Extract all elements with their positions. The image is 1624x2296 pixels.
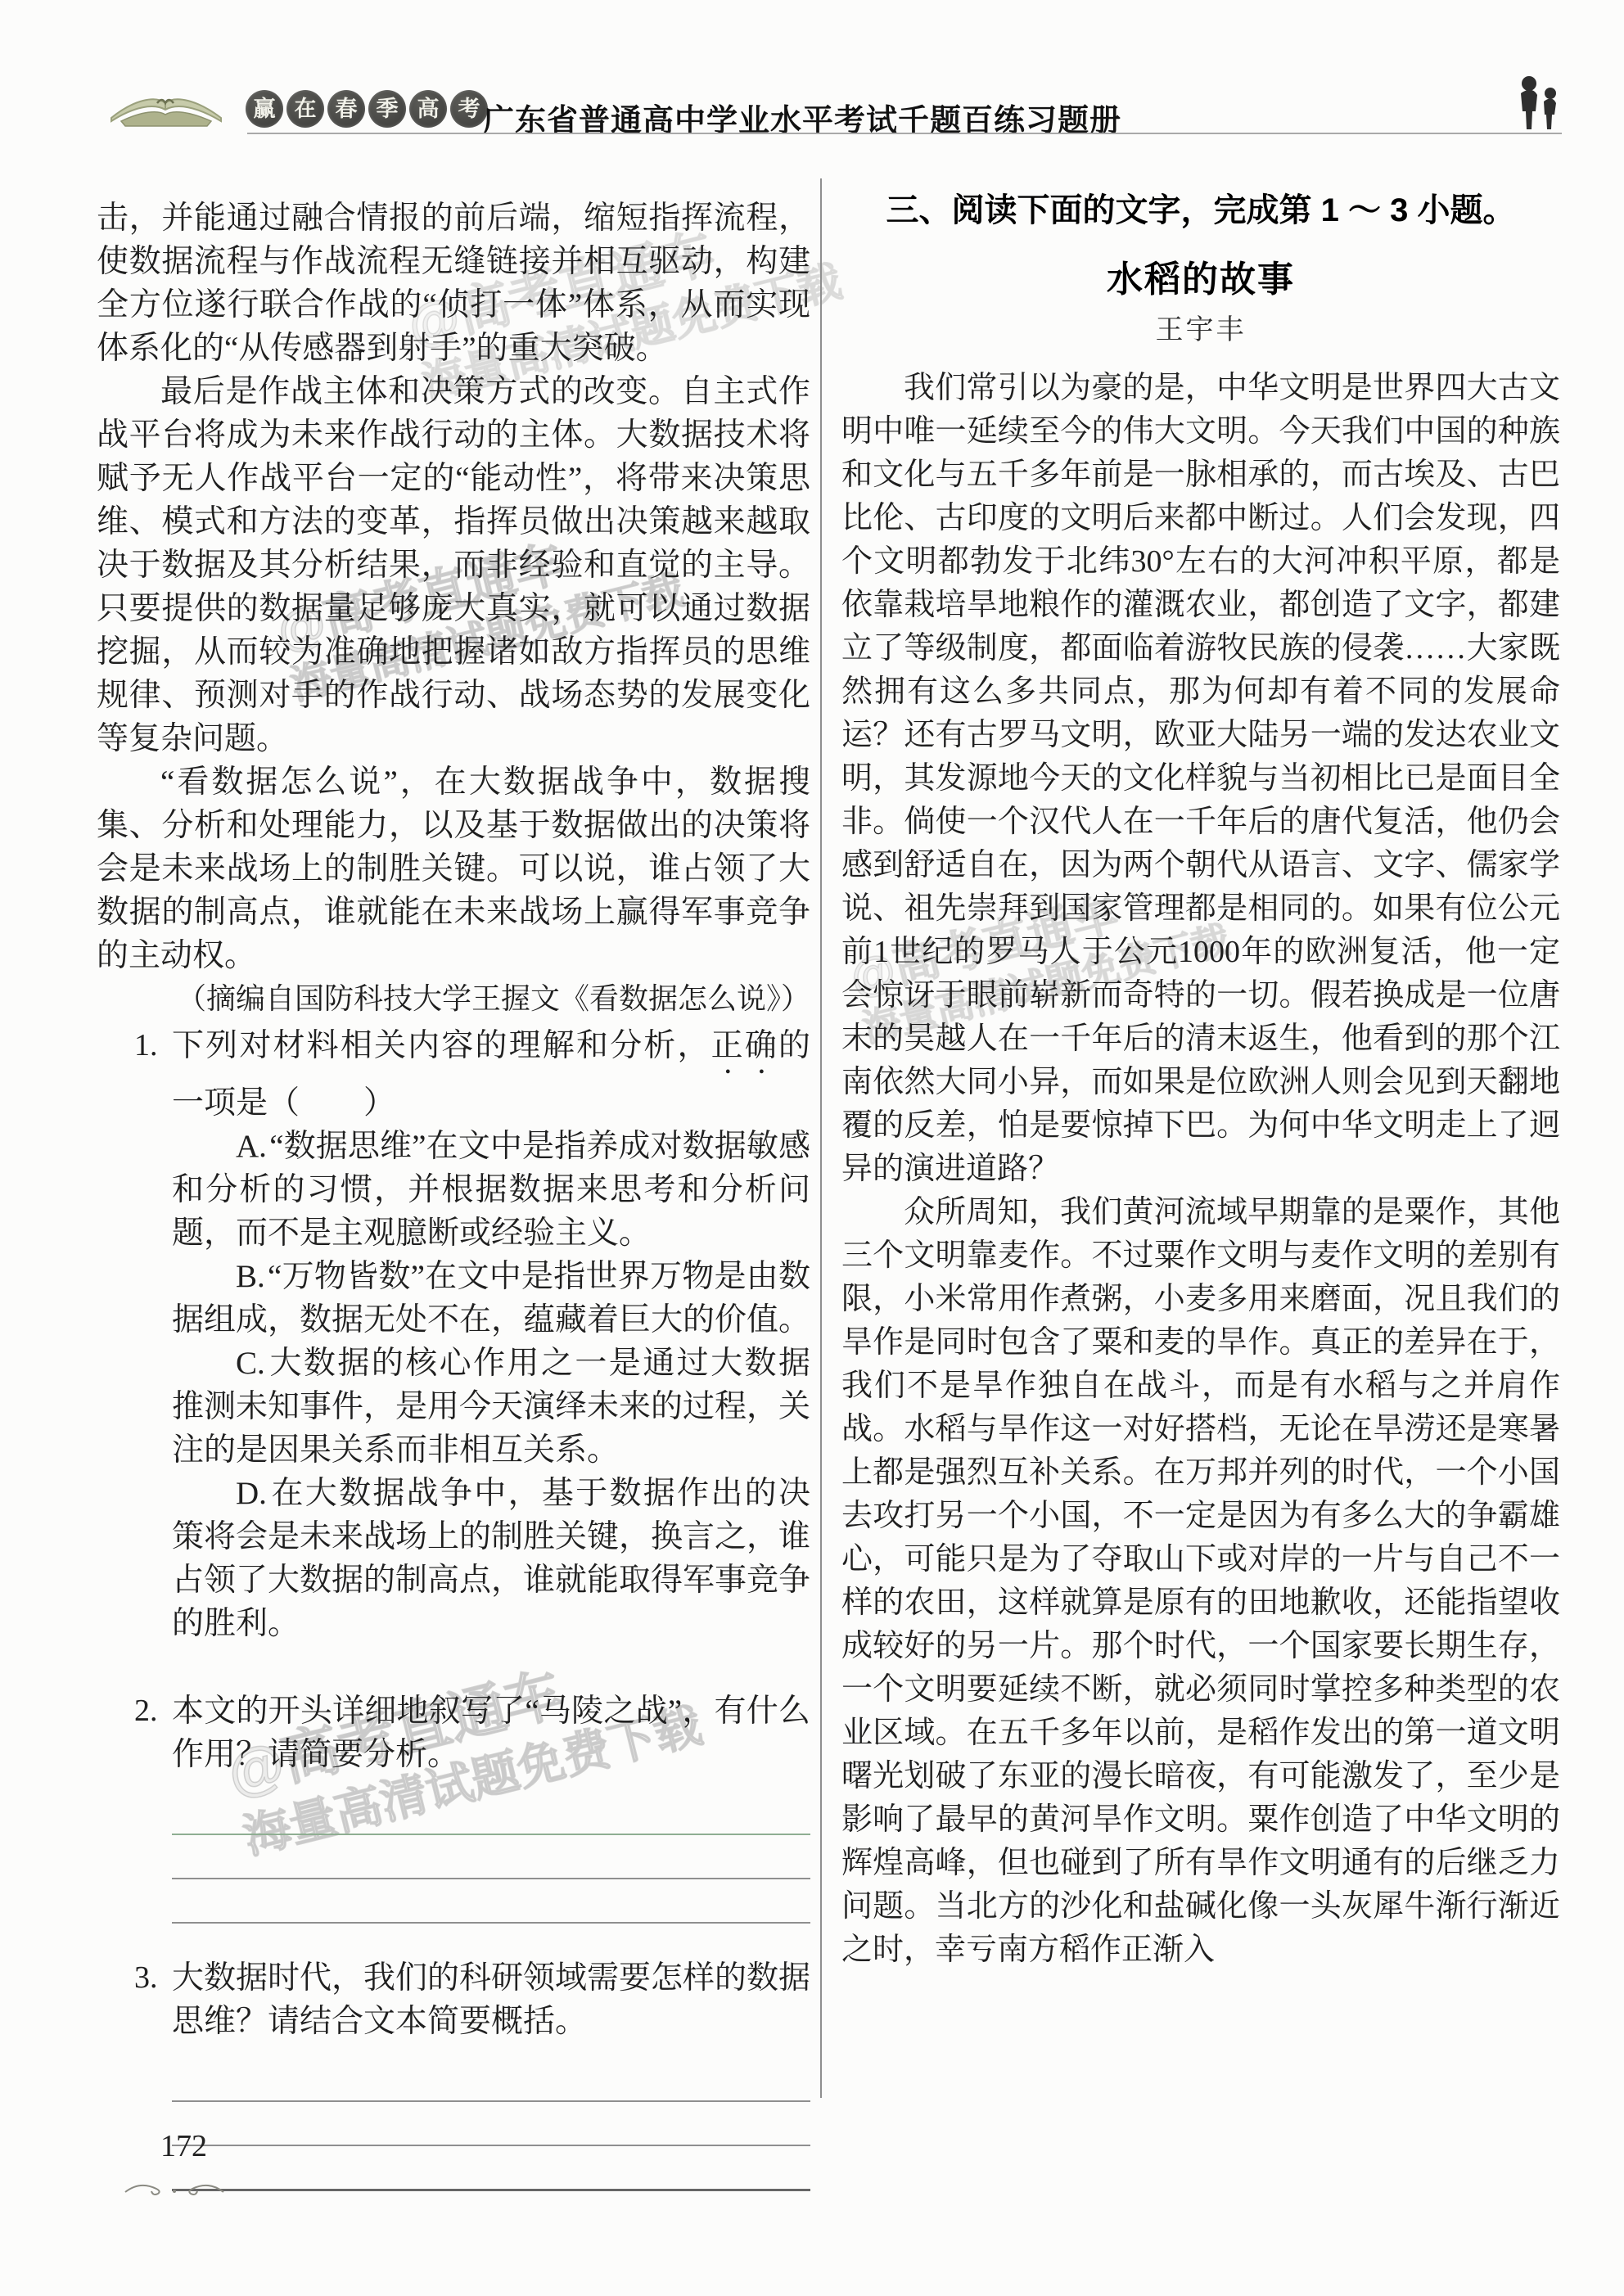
option-c: C. 大数据的核心作用之一是通过大数据推测未知事件，是用今天演绎未来的过程，关注… (172, 1342, 810, 1472)
question-content: 大数据时代，我们的科研领域需要怎样的数据思维？请结合文本简要概括。 (172, 1956, 810, 2043)
column-divider (820, 178, 822, 2098)
question-number: 3. (97, 1956, 172, 2000)
paragraph: 击，并能通过融合情报的前后端，缩短指挥流程，使数据流程与作战流程无缝链接并相互驱… (97, 196, 810, 370)
question-stem: 大数据时代，我们的科研领域需要怎样的数据思维？请结合文本简要概括。 (172, 1956, 810, 2043)
left-column: 击，并能通过融合情报的前后端，缩短指挥流程，使数据流程与作战流程无缝链接并相互驱… (97, 196, 810, 2191)
option-label: B. (236, 1259, 265, 1294)
paragraph: 众所周知，我们黄河流域早期靠的是粟作，其他三个文明靠麦作。不过粟作文明与麦作文明… (841, 1191, 1560, 1972)
question-number: 2. (97, 1689, 172, 1733)
section-header: 三、阅读下面的文字，完成第 1 ～ 3 小题。 (841, 187, 1560, 234)
source-attribution: （摘编自国防科技大学王握文《看数据怎么说》） (97, 977, 810, 1021)
option-text: 大数据的核心作用之一是通过大数据推测未知事件，是用今天演绎未来的过程，关注的是因… (172, 1346, 810, 1468)
answer-line (172, 2058, 810, 2102)
paragraph: 最后是作战主体和决策方式的改变。自主式作战平台将成为未来作战行动的主体。大数据技… (97, 370, 810, 760)
answer-line (172, 2102, 810, 2146)
answer-lines-q2 (172, 1791, 810, 1924)
question-content: 本文的开头详细地叙写了“马陵之战”，有什么作用？请简要分析。 (172, 1689, 810, 1776)
option-label: A. (236, 1129, 267, 1164)
paragraph: 我们常引以为豪的是，中华文明是世界四大古文明中唯一延续至今的伟大文明。今天我们中… (841, 367, 1560, 1191)
answer-line (172, 1835, 810, 1879)
brand-badges: 赢 在 春 季 高 考 (246, 90, 488, 128)
question-3: 3. 大数据时代，我们的科研领域需要怎样的数据思维？请结合文本简要概括。 (97, 1956, 810, 2043)
question-stem: 本文的开头详细地叙写了“马陵之战”，有什么作用？请简要分析。 (172, 1689, 810, 1776)
question-2: 2. 本文的开头详细地叙写了“马陵之战”，有什么作用？请简要分析。 (97, 1689, 810, 1776)
reading-title: 水稻的故事 (841, 259, 1560, 301)
option-label: D. (236, 1476, 267, 1511)
option-b: B. “万物皆数”在文中是指世界万物是由数据组成，数据无处不在，蕴藏着巨大的价值… (172, 1255, 810, 1342)
right-column: 三、阅读下面的文字，完成第 1 ～ 3 小题。 水稻的故事 王宇丰 我们常引以为… (841, 187, 1560, 2102)
question-stem: 下列对材料相关内容的理解和分析，正确的一项是（ ） (172, 1024, 810, 1125)
emphasized-text: 正确 (711, 1028, 778, 1063)
brand-badge: 季 (368, 90, 406, 128)
page-number: 172 (160, 2128, 207, 2164)
flourish-icon (121, 2176, 228, 2200)
answer-line (172, 2146, 810, 2191)
brand-badge: 春 (327, 90, 365, 128)
reading-author: 王宇丰 (841, 313, 1560, 349)
paragraph: “看数据怎么说”，在大数据战争中，数据搜集、分析和处理能力，以及基于数据做出的决… (97, 760, 810, 977)
brand-badge: 高 (409, 90, 447, 128)
answer-lines-q3 (172, 2058, 810, 2191)
people-icon (1504, 74, 1570, 133)
question-number: 1. (97, 1024, 172, 1067)
question-content: 下列对材料相关内容的理解和分析，正确的一项是（ ） A. “数据思维”在文中是指… (172, 1024, 810, 1645)
book-logo-icon (105, 79, 228, 133)
answer-line (172, 1791, 810, 1835)
option-d: D. 在大数据战争中，基于数据作出的决策将会是未来战场上的制胜关键，换言之，谁占… (172, 1472, 810, 1645)
option-text: “数据思维”在文中是指养成对数据敏感和分析的习惯，并根据数据来思考和分析问题，而… (172, 1129, 810, 1251)
question-1: 1. 下列对材料相关内容的理解和分析，正确的一项是（ ） A. “数据思维”在文… (97, 1024, 810, 1645)
answer-line (172, 1879, 810, 1924)
option-text: “万物皆数”在文中是指世界万物是由数据组成，数据无处不在，蕴藏着巨大的价值。 (172, 1259, 810, 1337)
option-a: A. “数据思维”在文中是指养成对数据敏感和分析的习惯，并根据数据来思考和分析问… (172, 1125, 810, 1255)
brand-badge: 在 (286, 90, 324, 128)
option-label: C. (236, 1346, 265, 1381)
brand-badge: 赢 (246, 90, 283, 128)
option-text: 在大数据战争中，基于数据作出的决策将会是未来战场上的制胜关键，换言之，谁占领了大… (172, 1476, 810, 1641)
header-rule (247, 133, 1562, 134)
stem-text: 下列对材料相关内容的理解和分析， (172, 1028, 711, 1063)
